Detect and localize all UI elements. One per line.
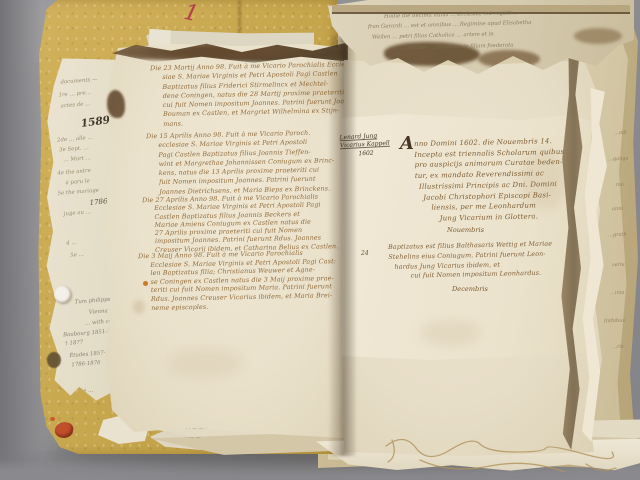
baptism-entry-2: Die 15 Aprilis Anno 98. Fuit à me Vicari… — [158, 128, 354, 197]
pencil-note: † 1877 — [65, 340, 84, 347]
register-heading-entry: nno Domini 1602. die Nouembris 14. Incep… — [414, 136, 566, 225]
note-token: documents — — [60, 77, 97, 86]
faint-pencil-marks: · · — — · · — — — [186, 425, 208, 444]
note-token: 5e the mariage — [57, 188, 99, 197]
ink-stain-left-edge — [107, 90, 125, 118]
month-word-november: Nouembris — [447, 226, 484, 234]
baptism-entry-right: Baptizatus est filius Balthasaris Wettig… — [388, 240, 553, 283]
pencil-note: 1786-1876 — [71, 360, 101, 368]
edge-fragment-word: anni — [612, 206, 623, 212]
edge-fragment-word: …odi — [614, 130, 627, 136]
red-wax-speck — [50, 417, 55, 421]
signature-flourish — [380, 420, 638, 472]
edge-fragment-word: …gangs — [608, 156, 628, 163]
note-token: juge au … — [64, 209, 92, 217]
pencil-mark: · · — — · — [186, 425, 207, 435]
background-left-shade — [0, 0, 42, 480]
dark-hole-spot — [47, 352, 61, 368]
baptism-entry-3: Die 27 Aprilis Anno 98. Fuit à me Vicari… — [154, 192, 350, 254]
note-token: actes de … — [60, 101, 90, 109]
note-token: à paru le — [65, 178, 90, 186]
orange-ink-dot — [143, 281, 148, 286]
margin-day-number: 24 — [361, 250, 369, 257]
faded-script-line: Weilen … petri filios Catholica … artem … — [372, 31, 494, 40]
manuscript-photo: documents — 1re … pre… actes de … 1589 2… — [0, 0, 640, 480]
pencil-mark: · — — — [186, 434, 207, 444]
note-token: 4 … — [66, 240, 77, 247]
round-paper-seal — [54, 286, 71, 303]
note-token: … Mort … — [63, 155, 91, 163]
pencil-note: Tum philipps — [75, 297, 111, 306]
edge-fragment-word: …ris — [612, 344, 624, 350]
foxing-stain — [168, 348, 242, 378]
note-token: 1re … pre… — [58, 90, 91, 99]
edge-fragment-word: …grath — [608, 232, 627, 239]
year-1589: 1589 — [80, 114, 111, 130]
edge-fragment-word: Inthibus — [604, 318, 625, 325]
margin-note-line: 1602 — [358, 149, 390, 159]
burn-blotch — [574, 28, 622, 44]
gutter-shadow — [328, 36, 356, 456]
faded-script-line: fran Gerardi … est et omnibus … Regimine… — [368, 20, 532, 30]
baptism-entry-4: Die 3 Maij Anno 98. Fuit à me Vicario Pa… — [150, 248, 346, 312]
foxing-stain — [420, 320, 480, 346]
illuminated-initial: A — [400, 133, 414, 154]
month-word-december: Decembris — [452, 285, 488, 293]
note-token: 3e Sept. … — [59, 145, 89, 153]
edge-fragment-word: veria — [612, 262, 625, 268]
year-1786: 1786 — [89, 197, 108, 207]
note-token: 4e the antre — [57, 168, 91, 177]
edge-fragment-word: mo — [616, 182, 624, 188]
edge-fragment-word: …inia — [610, 290, 625, 296]
pencil-note: Vienna — [89, 308, 108, 315]
foxing-stain — [133, 300, 145, 314]
note-token: 5e … — [70, 252, 84, 259]
note-token: 2de … alle … — [57, 135, 93, 144]
